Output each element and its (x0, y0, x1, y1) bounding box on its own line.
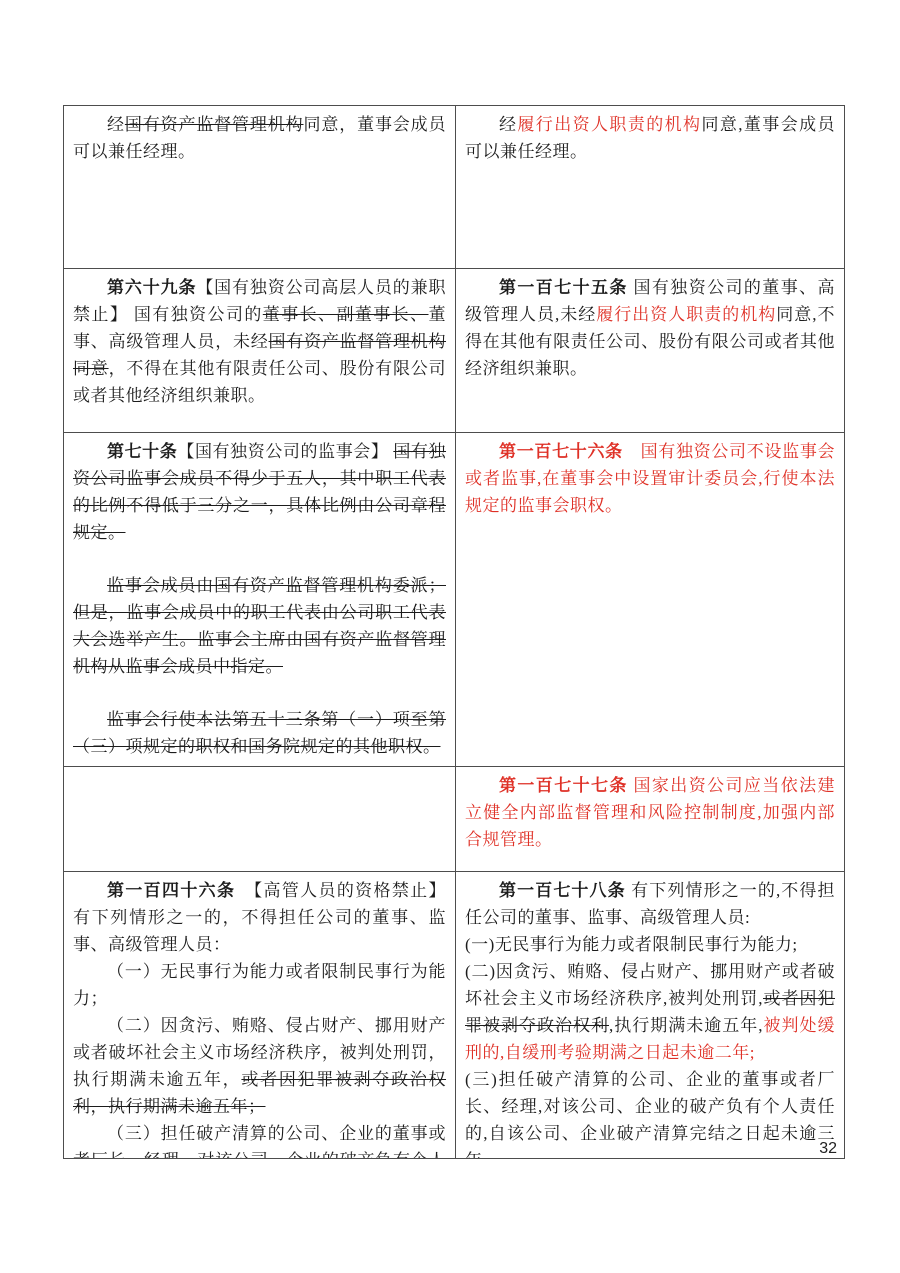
paragraph: (一)无民事行为能力或者限制民事行为能力; (465, 931, 835, 958)
paragraph: 经国有资产监督管理机构同意，董事会成员可以兼任经理。 (73, 111, 446, 165)
text-run-red: 履行出资人职责的机构 (596, 305, 776, 324)
paragraph: 第一百七十六条 国有独资公司不设监事会或者监事,在董事会中设置审计委员会,行使本… (465, 438, 835, 519)
text-run: 【国有独资公司的监事会】 (177, 442, 393, 461)
paragraph: （二）因贪污、贿赂、侵占财产、挪用财产或者破坏社会主义市场经济秩序，被判处刑罚，… (73, 1012, 446, 1120)
old-law-cell: 第七十条【国有独资公司的监事会】 国有独资公司监事会成员不得少于五人，其中职工代… (64, 433, 456, 766)
old-law-cell: 第六十九条【国有独资公司高层人员的兼职禁止】 国有独资公司的董事长、副董事长、董… (64, 269, 456, 432)
table-row: 第七十条【国有独资公司的监事会】 国有独资公司监事会成员不得少于五人，其中职工代… (64, 433, 844, 767)
text-run-redbold: 第一百七十六条 (499, 442, 623, 461)
document-page: 经国有资产监督管理机构同意，董事会成员可以兼任经理。经履行出资人职责的机构同意,… (0, 0, 900, 1273)
comparison-table: 经国有资产监督管理机构同意，董事会成员可以兼任经理。经履行出资人职责的机构同意,… (63, 105, 845, 1159)
text-run: 经 (107, 115, 125, 134)
old-law-cell (64, 767, 456, 871)
text-run-redbold: 第一百七十七条 (499, 776, 628, 795)
old-law-cell: 经国有资产监督管理机构同意，董事会成员可以兼任经理。 (64, 106, 456, 268)
new-law-cell: 第一百七十八条 有下列情形之一的,不得担任公司的董事、监事、高级管理人员:(一)… (456, 872, 844, 1158)
new-law-cell: 经履行出资人职责的机构同意,董事会成员可以兼任经理。 (456, 106, 844, 268)
paragraph: 监事会成员由国有资产监督管理机构委派；但是，监事会成员中的职工代表由公司职工代表… (73, 572, 446, 680)
text-run: (一)无民事行为能力或者限制民事行为能力; (465, 935, 798, 954)
text-run-red: 履行出资人职责的机构 (517, 115, 701, 134)
text-run-bold: 第一百七十五条 (499, 278, 628, 297)
old-law-cell: 第一百四十六条 【高管人员的资格禁止】有下列情形之一的，不得担任公司的董事、监事… (64, 872, 456, 1158)
new-law-cell: 第一百七十六条 国有独资公司不设监事会或者监事,在董事会中设置审计委员会,行使本… (456, 433, 844, 766)
text-run: （一）无民事行为能力或者限制民事行为能力； (73, 962, 446, 1008)
paragraph: 第一百四十六条 【高管人员的资格禁止】有下列情形之一的，不得担任公司的董事、监事… (73, 877, 446, 958)
text-run-bold: 第六十九条 (107, 278, 196, 297)
text-run: ,执行期满未逾五年, (609, 1016, 763, 1035)
paragraph: 第七十条【国有独资公司的监事会】 国有独资公司监事会成员不得少于五人，其中职工代… (73, 438, 446, 546)
text-run-strike: 国有资产监督管理机构 (125, 115, 304, 134)
paragraph: 经履行出资人职责的机构同意,董事会成员可以兼任经理。 (465, 111, 835, 165)
paragraph: 第一百七十七条 国家出资公司应当依法建立健全内部监督管理和风险控制制度,加强内部… (465, 772, 835, 853)
text-run-strike: 监事会成员由国有资产监督管理机构委派；但是，监事会成员中的职工代表由公司职工代表… (73, 576, 446, 676)
text-run-strike: 董事长、副董事长、 (263, 305, 429, 324)
paragraph: （一）无民事行为能力或者限制民事行为能力； (73, 958, 446, 1012)
table-row: 第一百七十七条 国家出资公司应当依法建立健全内部监督管理和风险控制制度,加强内部… (64, 767, 844, 872)
new-law-cell: 第一百七十五条 国有独资公司的董事、高级管理人员,未经履行出资人职责的机构同意,… (456, 269, 844, 432)
text-run: 经 (499, 115, 517, 134)
paragraph: 第六十九条【国有独资公司高层人员的兼职禁止】 国有独资公司的董事长、副董事长、董… (73, 274, 446, 409)
paragraph: 第一百七十八条 有下列情形之一的,不得担任公司的董事、监事、高级管理人员: (465, 877, 835, 931)
paragraph: 监事会行使本法第五十三条第（一）项至第（三）项规定的职权和国务院规定的其他职权。 (73, 706, 446, 760)
new-law-cell: 第一百七十七条 国家出资公司应当依法建立健全内部监督管理和风险控制制度,加强内部… (456, 767, 844, 871)
table-row: 经国有资产监督管理机构同意，董事会成员可以兼任经理。经履行出资人职责的机构同意,… (64, 106, 844, 269)
text-run-strike: 监事会行使本法第五十三条第（一）项至第（三）项规定的职权和国务院规定的其他职权。 (73, 710, 446, 756)
paragraph: (二)因贪污、贿赂、侵占财产、挪用财产或者破坏社会主义市场经济秩序,被判处刑罚,… (465, 958, 835, 1066)
paragraph: 第一百七十五条 国有独资公司的董事、高级管理人员,未经履行出资人职责的机构同意,… (465, 274, 835, 382)
text-run-bold: 第一百七十八条 (499, 881, 626, 900)
table-row: 第六十九条【国有独资公司高层人员的兼职禁止】 国有独资公司的董事长、副董事长、董… (64, 269, 844, 433)
text-run-bold: 第七十条 (107, 442, 177, 461)
text-run: ，不得在其他有限责任公司、股份有限公司或者其他经济组织兼职。 (73, 359, 446, 405)
table-row: 第一百四十六条 【高管人员的资格禁止】有下列情形之一的，不得担任公司的董事、监事… (64, 872, 844, 1158)
text-run-bold: 第一百四十六条 (107, 881, 235, 900)
page-number: 32 (63, 1140, 845, 1158)
